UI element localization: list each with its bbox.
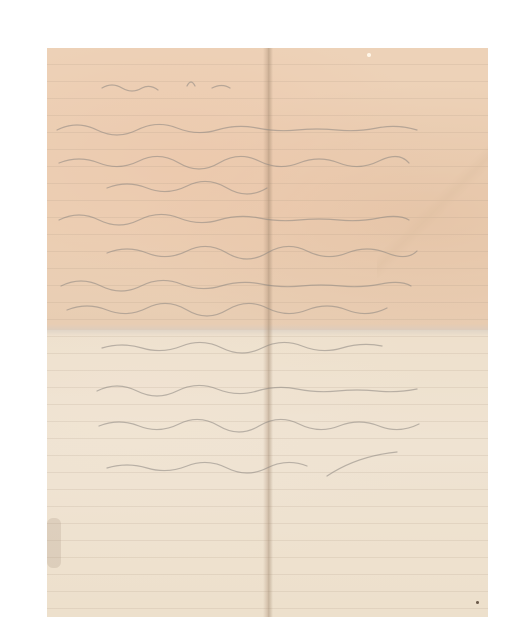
letter-sheet	[47, 48, 488, 617]
handwriting-strokes	[47, 48, 488, 617]
